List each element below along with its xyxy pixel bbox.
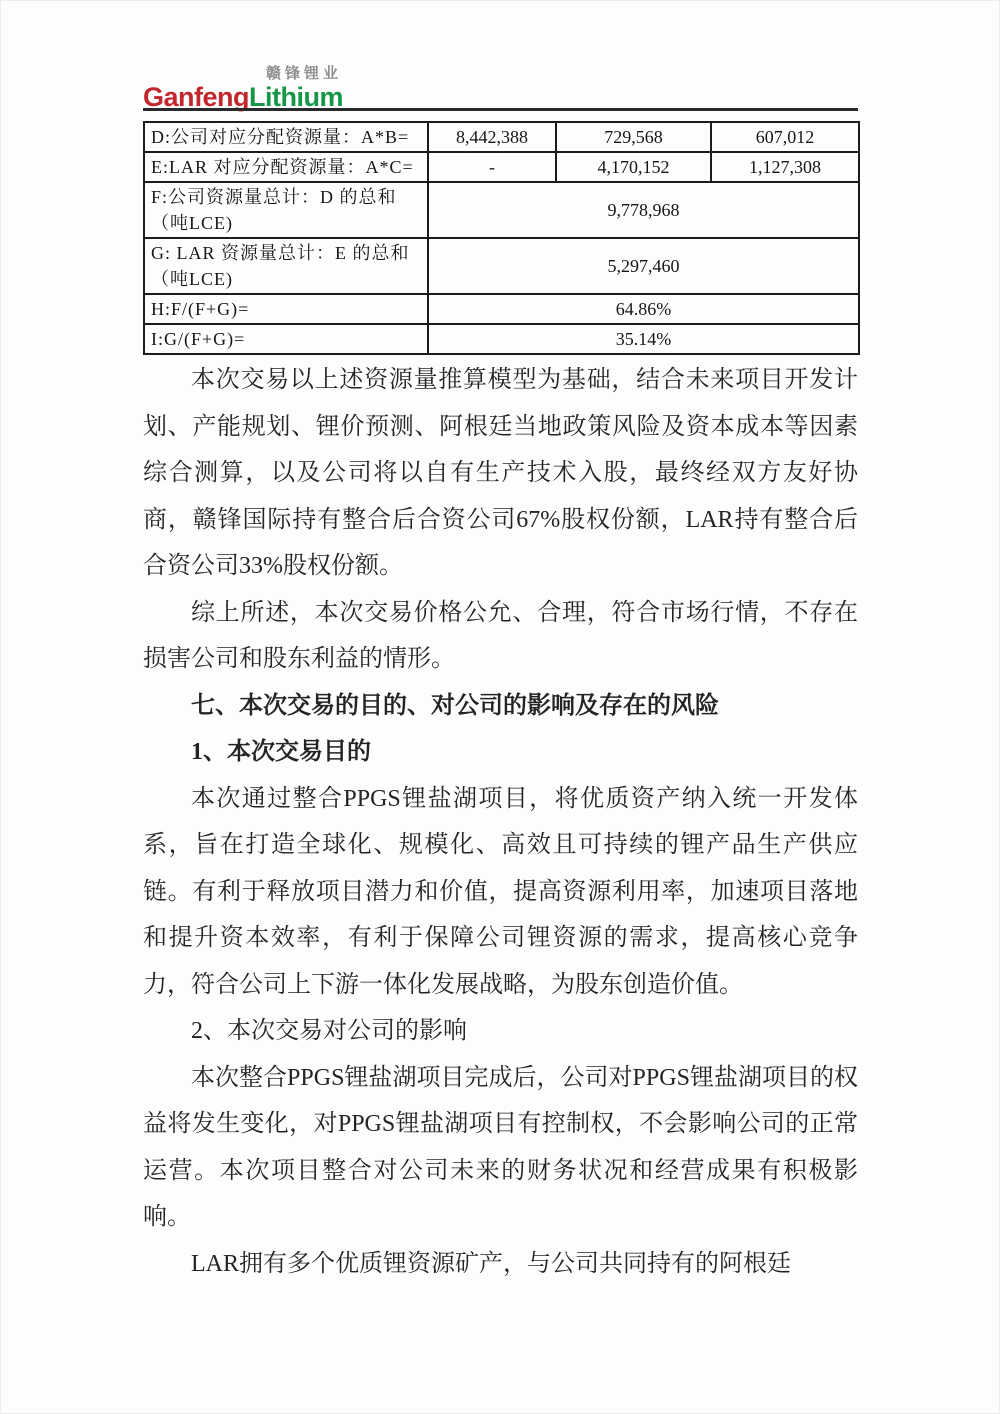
row-d-label: D:公司对应分配资源量：A*B= (144, 122, 428, 152)
ganfeng-lithium-logo: 赣锋锂业 GanfengLithium (143, 66, 343, 111)
table-row: I:G/(F+G)= 35.14% (144, 324, 859, 354)
row-f-label: F:公司资源量总计：D 的总和（吨LCE) (144, 182, 428, 238)
row-e-value-2: 4,170,152 (556, 152, 711, 182)
table-row: E:LAR 对应分配资源量：A*C= - 4,170,152 1,127,308 (144, 152, 859, 182)
resource-allocation-table: D:公司对应分配资源量：A*B= 8,442,388 729,568 607,0… (143, 121, 860, 355)
table-row: G: LAR 资源量总计：E 的总和（吨LCE) 5,297,460 (144, 238, 859, 294)
header-divider-line (143, 108, 858, 111)
row-h-label: H:F/(F+G)= (144, 294, 428, 324)
logo-latin-name: GanfengLithium (143, 84, 343, 111)
para-conclusion: 综上所述，本次交易价格公允、合理，符合市场行情，不存在损害公司和股东利益的情形。 (143, 590, 858, 683)
row-d-value-1: 8,442,388 (428, 122, 556, 152)
document-page: 赣锋锂业 GanfengLithium D:公司对应分配资源量：A*B= 8,4… (0, 0, 1000, 1414)
table-row: H:F/(F+G)= 64.86% (144, 294, 859, 324)
row-e-value-1: - (428, 152, 556, 182)
heading-sub-2-impact: 2、本次交易对公司的影响 (143, 1008, 858, 1055)
document-body: 本次交易以上述资源量推算模型为基础，结合未来项目开发计划、产能规划、锂价预测、阿… (143, 357, 858, 1287)
row-e-value-3: 1,127,308 (711, 152, 859, 182)
heading-sub-1-purpose: 1、本次交易目的 (143, 729, 858, 776)
row-d-value-3: 607,012 (711, 122, 859, 152)
row-i-label: I:G/(F+G)= (144, 324, 428, 354)
para-company-impact: 本次整合PPGS锂盐湖项目完成后，公司对PPGS锂盐湖项目的权益将发生变化，对P… (143, 1055, 858, 1241)
row-g-value: 5,297,460 (428, 238, 859, 294)
row-h-value: 64.86% (428, 294, 859, 324)
row-f-value: 9,778,968 (428, 182, 859, 238)
row-i-value: 35.14% (428, 324, 859, 354)
company-logo: 赣锋锂业 GanfengLithium (143, 66, 343, 111)
row-d-value-2: 729,568 (556, 122, 711, 152)
table-row: F:公司资源量总计：D 的总和（吨LCE) 9,778,968 (144, 182, 859, 238)
logo-chinese-name: 赣锋锂业 (143, 66, 343, 81)
row-e-label: E:LAR 对应分配资源量：A*C= (144, 152, 428, 182)
para-transaction-purpose: 本次通过整合PPGS锂盐湖项目，将优质资产纳入统一开发体系，旨在打造全球化、规模… (143, 776, 858, 1009)
heading-section-seven: 七、本次交易的目的、对公司的影响及存在的风险 (143, 683, 858, 730)
para-transaction-basis: 本次交易以上述资源量推算模型为基础，结合未来项目开发计划、产能规划、锂价预测、阿… (143, 357, 858, 590)
para-lar-resources: LAR拥有多个优质锂资源矿产，与公司共同持有的阿根廷 (143, 1241, 858, 1288)
table-row: D:公司对应分配资源量：A*B= 8,442,388 729,568 607,0… (144, 122, 859, 152)
row-g-label: G: LAR 资源量总计：E 的总和（吨LCE) (144, 238, 428, 294)
